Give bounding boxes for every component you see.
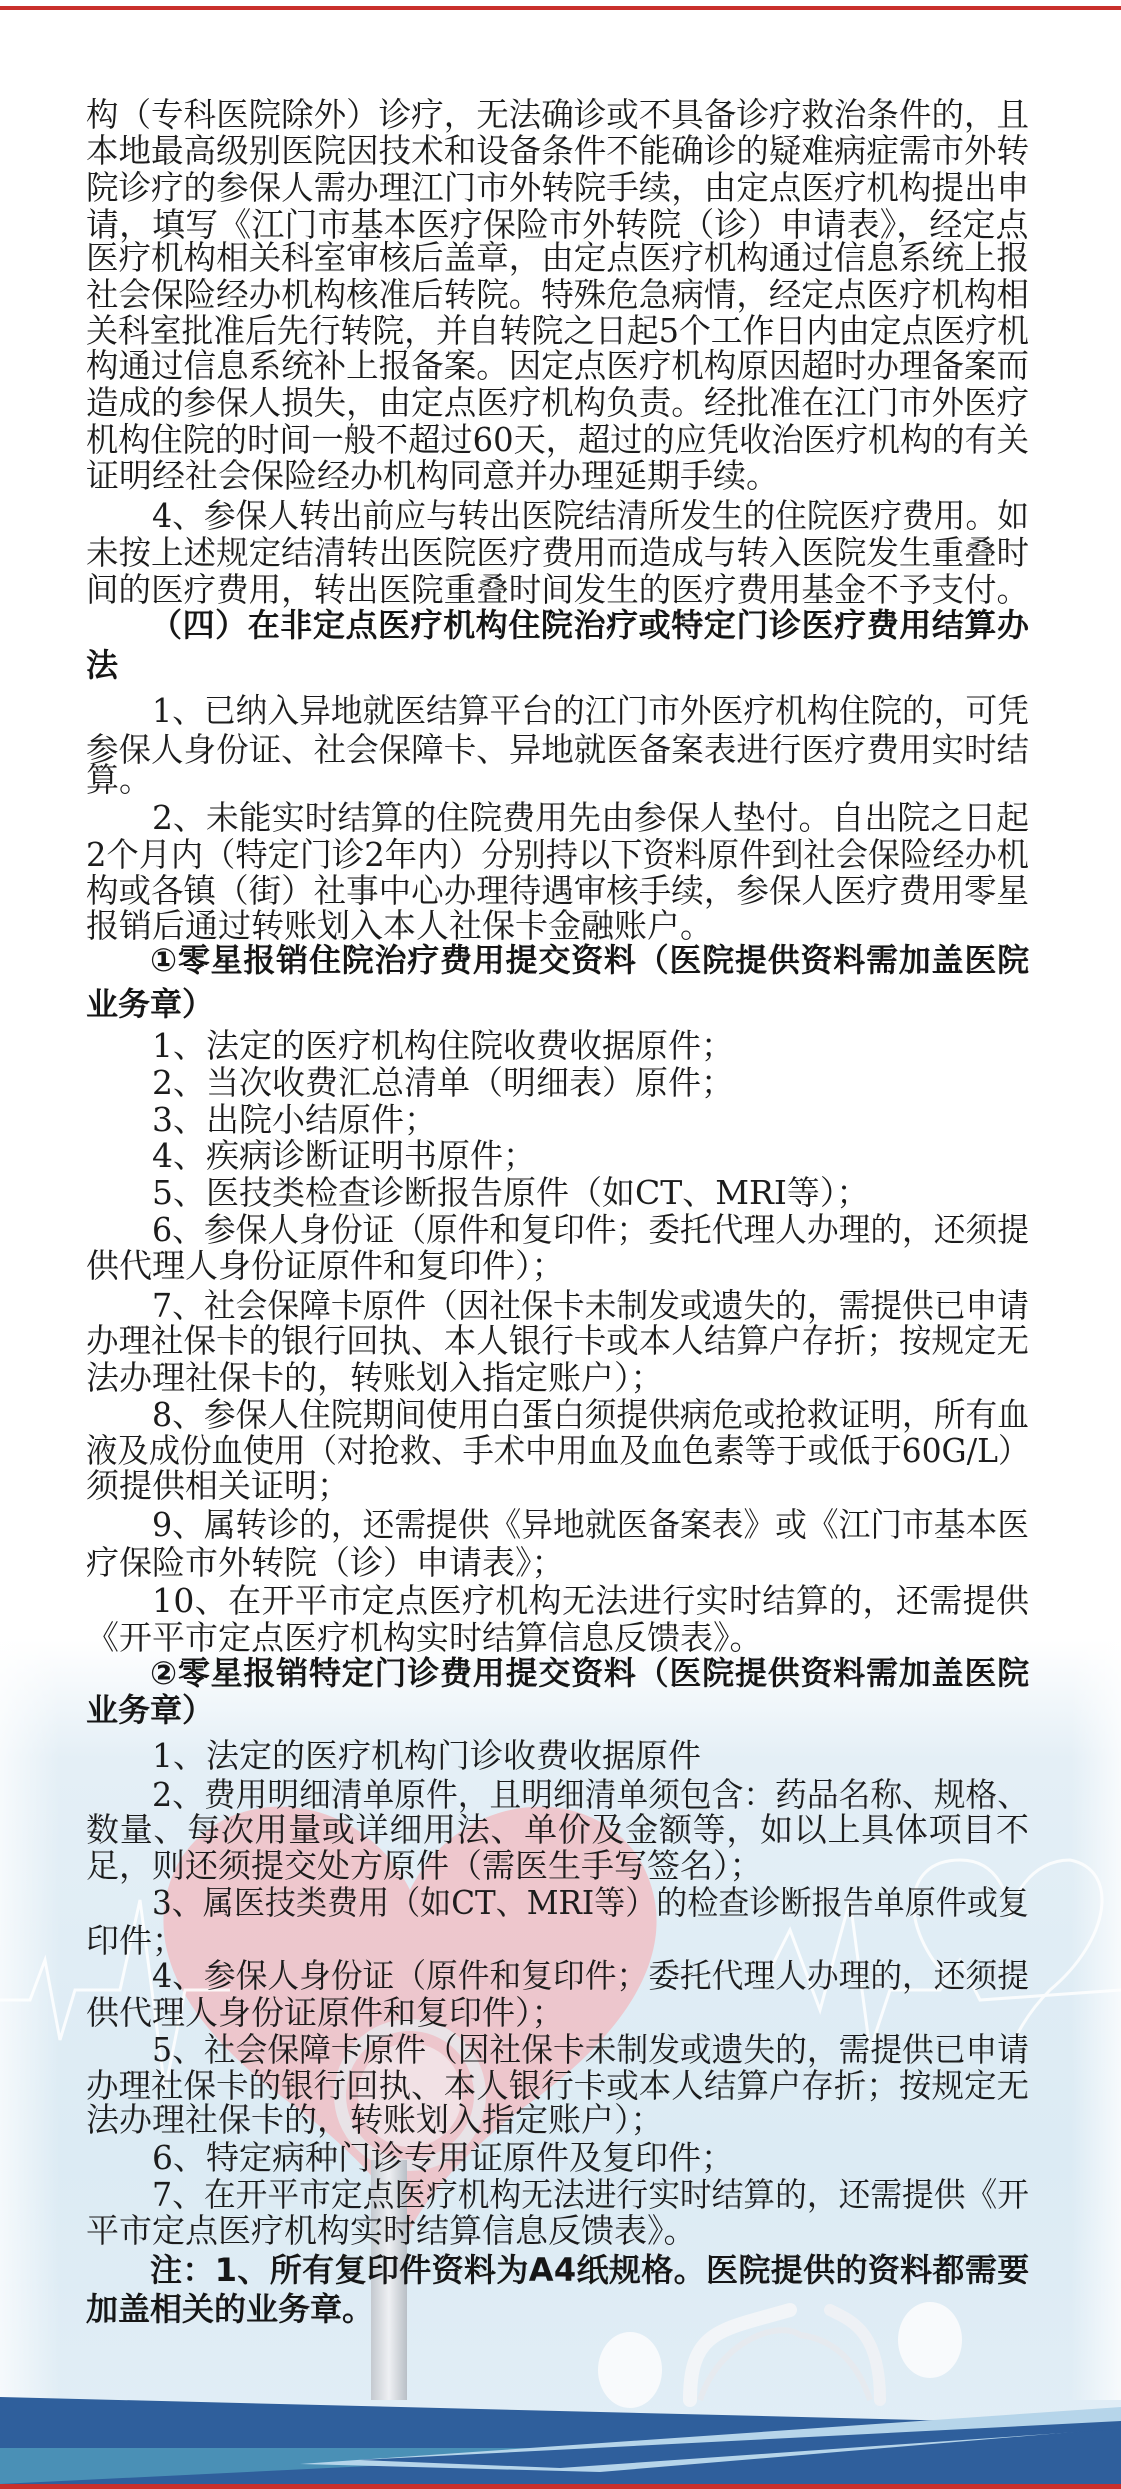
section-heading-line: 业务章）: [86, 1692, 214, 1729]
paragraph-line: 印件；: [86, 1922, 185, 1959]
paragraph-line: 2个月内（特定门诊2年内）分别持以下资料原件到社会保险经办机: [86, 836, 1029, 873]
paragraph-line: 院诊疗的参保人需办理江门市外转院手续，由定点医疗机构提出申: [86, 169, 1029, 206]
paragraph-line: 10、在开平市定点医疗机构无法进行实时结算的，还需提供: [152, 1582, 1029, 1619]
paragraph-line: 办理社保卡的银行回执、本人银行卡或本人结算户存折；按规定无: [86, 1322, 1029, 1359]
paragraph-line: 本地最高级别医院因技术和设备条件不能确诊的疑难病症需市外转: [86, 132, 1029, 169]
paragraph-line: 1、已纳入异地就医结算平台的江门市外医疗机构住院的，可凭: [152, 692, 1029, 729]
paragraph-line: 8、参保人住院期间使用白蛋白须提供病危或抢救证明，所有血: [152, 1396, 1029, 1433]
paragraph-line: 9、属转诊的，还需提供《异地就医备案表》或《江门市基本医: [152, 1506, 1029, 1543]
section-heading-line: 法: [86, 647, 118, 684]
section-heading-line: 业务章）: [86, 986, 214, 1023]
paragraph-line: 数量、每次用量或详细用法、单价及金额等，如以上具体项目不: [86, 1811, 1030, 1848]
paragraph-line: 须提供相关证明；: [86, 1467, 350, 1504]
paragraph-line: 证明经社会保险经办机构同意并办理延期手续。: [86, 457, 779, 494]
paragraph-line: 社会保险经办机构核准后转院。特殊危急病情，经定点医疗机构相: [86, 276, 1029, 313]
paragraph-line: 5、医技类检查诊断报告原件（如CT、MRI等）；: [152, 1174, 869, 1211]
bottom-decorative-band: [0, 2380, 1121, 2489]
paragraph-line: 报销后通过转账划入本人社保卡金融账户。: [86, 907, 713, 944]
paragraph-line: 2、未能实时结算的住院费用先由参保人垫付。自出院之日起: [152, 799, 1029, 836]
paragraph-line: 足，则还须提交处方原件（需医生手写签名）；: [86, 1847, 763, 1884]
paragraph-line: 供代理人身份证原件和复印件）；: [86, 1247, 565, 1284]
paragraph-line: 医疗机构相关科室审核后盖章，由定点医疗机构通过信息系统上报: [86, 239, 1029, 276]
paragraph-line: 1、法定的医疗机构门诊收费收据原件: [152, 1737, 701, 1774]
paragraph-line: 7、社会保障卡原件（因社保卡未制发或遗失的，需提供已申请: [152, 1287, 1029, 1324]
background-edge-left: [0, 1640, 60, 2400]
paragraph-line: 6、参保人身份证（原件和复印件；委托代理人办理的，还须提: [152, 1211, 1029, 1248]
section-heading-line: ①零星报销住院治疗费用提交资料（医院提供资料需加盖医院: [150, 942, 1030, 979]
section-heading-line: 注：1、所有复印件资料为A4纸规格。医院提供的资料都需要: [150, 2252, 1030, 2289]
paragraph-line: 6、特定病种门诊专用证原件及复印件；: [152, 2139, 734, 2176]
paragraph-line: 未按上述规定结清转出医院医疗费用而造成与转入医院发生重叠时: [86, 534, 1029, 571]
paragraph-line: 《开平市定点医疗机构实时结算信息反馈表》。: [86, 1619, 763, 1656]
paragraph-line: 2、费用明细清单原件，且明细清单须包含：药品名称、规格、: [152, 1776, 1029, 1813]
paragraph-line: 4、疾病诊断证明书原件；: [152, 1137, 536, 1174]
paragraph-line: 7、在开平市定点医疗机构无法进行实时结算的，还需提供《开: [152, 2176, 1029, 2213]
paragraph-line: 办理社保卡的银行回执、本人银行卡或本人结算户存折；按规定无: [86, 2067, 1029, 2104]
background-edge-right: [1071, 1640, 1121, 2400]
paragraph-line: 2、当次收费汇总清单（明细表）原件；: [152, 1064, 734, 1101]
paragraph-line: 供代理人身份证原件和复印件）；: [86, 1994, 565, 2031]
paragraph-line: 参保人身份证、社会保障卡、异地就医备案表进行医疗费用实时结: [86, 731, 1029, 768]
paragraph-line: 疗保险市外转院（诊）申请表》；: [86, 1544, 565, 1581]
paragraph-line: 法办理社保卡的，转账划入指定账户）；: [86, 2101, 664, 2138]
top-red-rule: [0, 6, 1121, 10]
paragraph-line: 5、社会保障卡原件（因社保卡未制发或遗失的，需提供已申请: [152, 2031, 1029, 2068]
paragraph-line: 3、属医技类费用（如CT、MRI等）的检查诊断报告单原件或复: [152, 1884, 1029, 1921]
paragraph-line: 4、参保人转出前应与转出医院结清所发生的住院医疗费用。如: [152, 497, 1029, 534]
paragraph-line: 造成的参保人损失，由定点医疗机构负责。经批准在江门市外医疗: [86, 384, 1029, 421]
paragraph-line: 构（专科医院除外）诊疗，无法确诊或不具备诊疗救治条件的，且: [86, 96, 1029, 133]
section-heading-line: （四）在非定点医疗机构住院治疗或特定门诊医疗费用结算办: [150, 607, 1030, 644]
paragraph-line: 间的医疗费用，转出医院重叠时间发生的医疗费用基金不予支付。: [86, 571, 1029, 608]
paragraph-line: 法办理社保卡的，转账划入指定账户）；: [86, 1359, 664, 1396]
bottom-red-rule: [0, 2484, 1121, 2489]
paragraph-line: 机构住院的时间一般不超过60天，超过的应凭收治医疗机构的有关: [86, 421, 1029, 458]
section-heading-line: ②零星报销特定门诊费用提交资料（医院提供资料需加盖医院: [150, 1655, 1030, 1692]
section-heading-line: 加盖相关的业务章。: [86, 2291, 374, 2328]
paragraph-line: 算。: [86, 761, 152, 798]
paragraph-line: 构或各镇（街）社事中心办理待遇审核手续，参保人医疗费用零星: [86, 872, 1029, 909]
paragraph-line: 关科室批准后先行转院，并自转院之日起5个工作日内由定点医疗机: [86, 312, 1029, 349]
paragraph-line: 1、法定的医疗机构住院收费收据原件；: [152, 1027, 734, 1064]
paragraph-line: 平市定点医疗机构实时结算信息反馈表》。: [86, 2212, 697, 2249]
paragraph-line: 构通过信息系统补上报备案。因定点医疗机构原因超时办理备案而: [86, 347, 1029, 384]
paragraph-line: 4、参保人身份证（原件和复印件；委托代理人办理的，还须提: [152, 1957, 1029, 1994]
paragraph-line: 液及成份血使用（对抢救、手术中用血及血色素等于或低于60G/L）: [86, 1432, 1029, 1469]
paragraph-line: 3、出院小结原件；: [152, 1101, 437, 1138]
